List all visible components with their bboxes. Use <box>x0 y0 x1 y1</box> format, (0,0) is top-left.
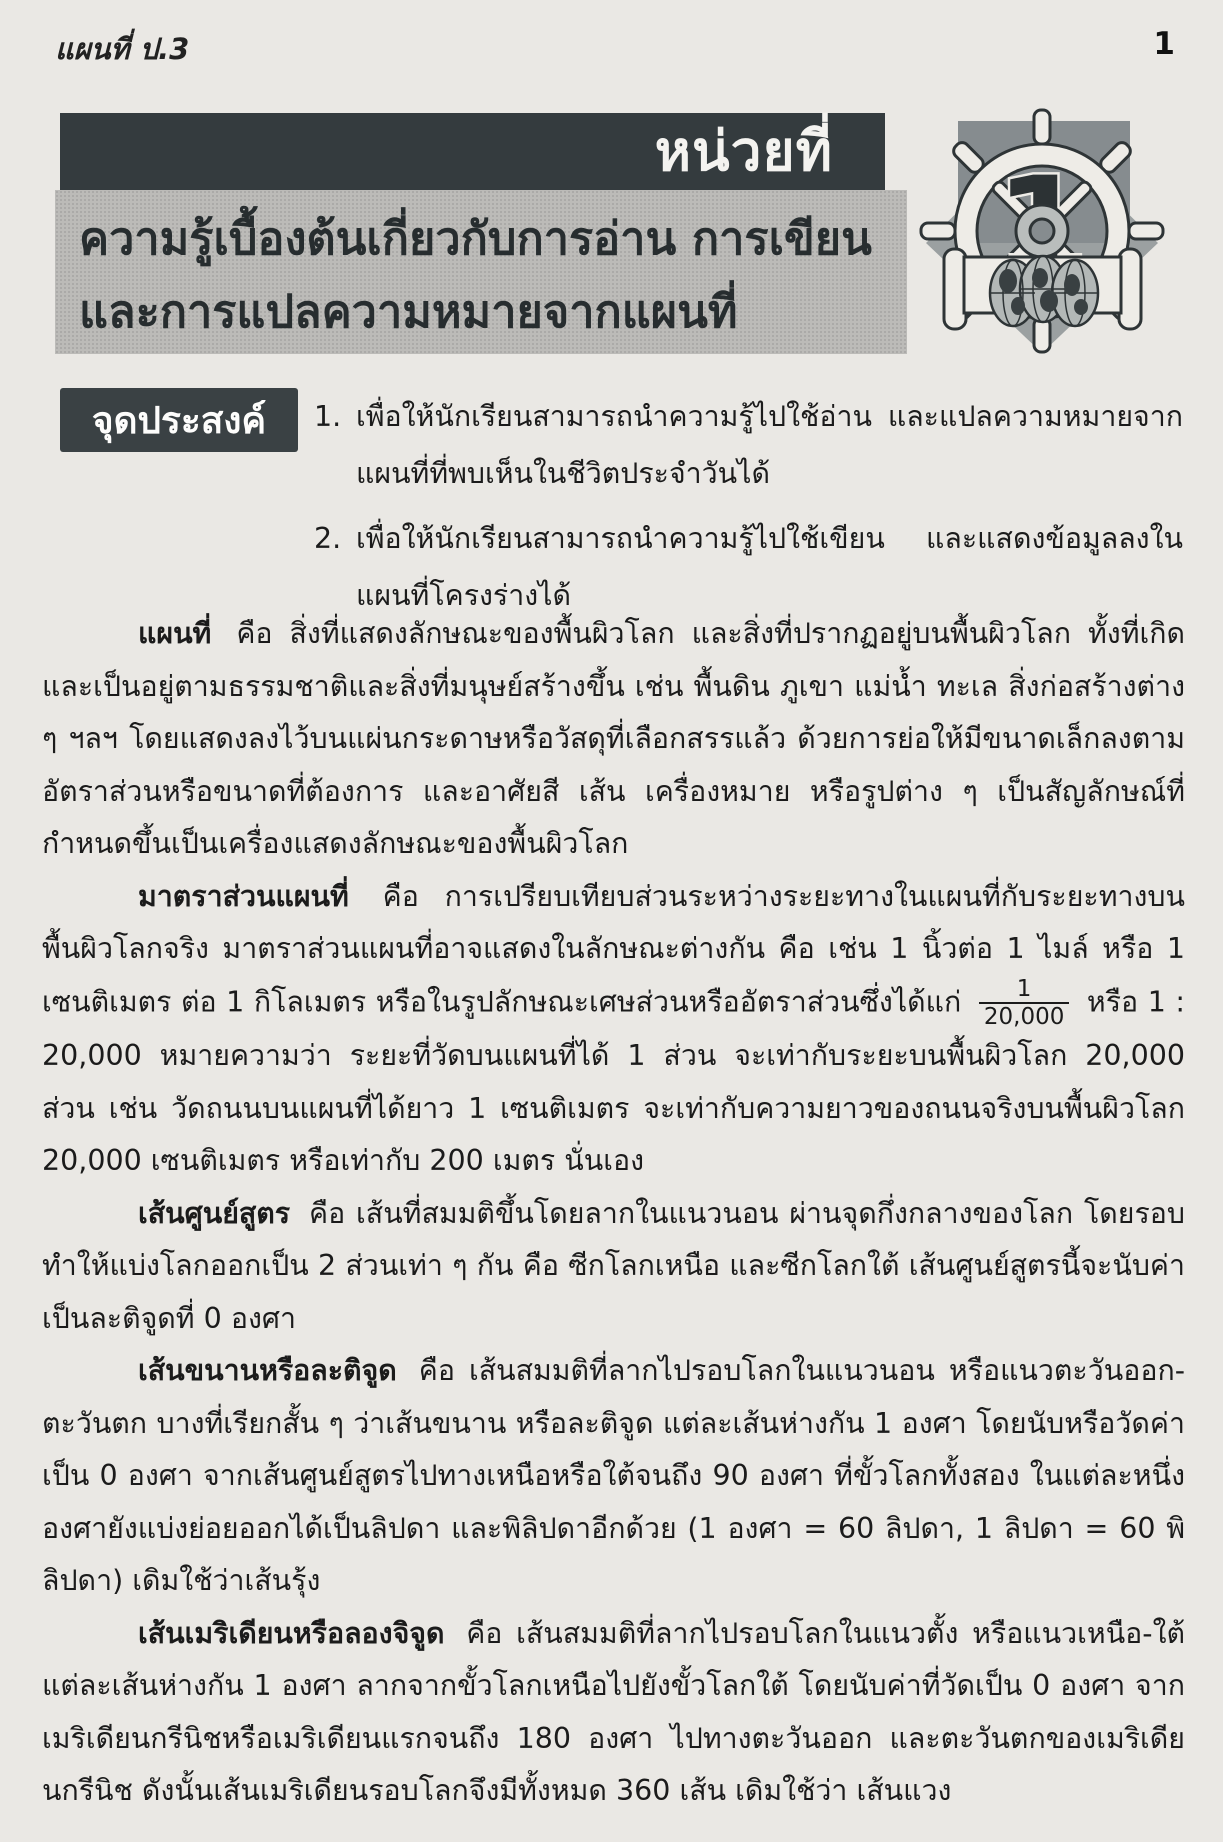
objectives-list: 1. เพื่อให้นักเรียนสามารถนำความรู้ไปใช้อ… <box>314 388 1183 624</box>
running-head: แผนที่ ป.3 1 <box>55 26 1175 72</box>
term-equator: เส้นศูนย์สูตร <box>138 1197 290 1230</box>
objective-text: เพื่อให้นักเรียนสามารถนำความรู้ไปใช้อ่าน… <box>356 388 1183 502</box>
ship-wheel-logo-icon: 1 <box>910 101 1175 356</box>
objective-text: เพื่อให้นักเรียนสามารถนำความรู้ไปใช้เขีย… <box>356 510 1183 624</box>
objectives-heading: จุดประสงค์ <box>92 391 266 450</box>
unit-title-line2: และการแปลความหมายจากแผนที่ <box>79 275 907 348</box>
term-map: แผนที่ <box>138 617 211 650</box>
map-scroll <box>944 249 1141 329</box>
unit-label-bar: หน่วยที่ <box>60 113 885 190</box>
unit-label: หน่วยที่ <box>655 108 833 195</box>
fraction-numerator: 1 <box>979 976 1069 1002</box>
term-map-scale: มาตราส่วนแผนที่ <box>138 880 349 913</box>
textbook-page: แผนที่ ป.3 1 หน่วยที่ ความรู้เบื้องต้นเก… <box>0 0 1223 1842</box>
paragraph-latitude: เส้นขนานหรือละติจูด คือ เส้นสมมติที่ลากไ… <box>42 1345 1185 1608</box>
paragraph-text: คือ เส้นสมมติที่ลากไปรอบโลกในแนวนอน หรือ… <box>42 1354 1185 1597</box>
page-number: 1 <box>1153 26 1175 62</box>
paragraph-longitude: เส้นเมริเดียนหรือลองจิจูด คือ เส้นสมมติท… <box>42 1608 1185 1818</box>
paragraph-text: คือ สิ่งที่แสดงลักษณะของพื้นผิวโลก และสิ… <box>42 617 1185 860</box>
objective-item: 2. เพื่อให้นักเรียนสามารถนำความรู้ไปใช้เ… <box>314 510 1183 624</box>
book-title: แผนที่ ป.3 <box>55 26 189 72</box>
objective-item: 1. เพื่อให้นักเรียนสามารถนำความรู้ไปใช้อ… <box>314 388 1183 502</box>
objectives-heading-box: จุดประสงค์ <box>60 388 298 452</box>
objective-number: 2. <box>314 510 356 624</box>
unit-title-line1: ความรู้เบื้องต้นเกี่ยวกับการอ่าน การเขีย… <box>79 202 907 275</box>
body-text: แผนที่ คือ สิ่งที่แสดงลักษณะของพื้นผิวโล… <box>42 608 1185 1818</box>
paragraph-map-definition: แผนที่ คือ สิ่งที่แสดงลักษณะของพื้นผิวโล… <box>42 608 1185 871</box>
objectives-section: จุดประสงค์ 1. เพื่อให้นักเรียนสามารถนำคว… <box>60 388 1183 624</box>
term-latitude: เส้นขนานหรือละติจูด <box>138 1354 397 1387</box>
scale-fraction: 1 20,000 <box>979 976 1069 1031</box>
unit-banner: หน่วยที่ ความรู้เบื้องต้นเกี่ยวกับการอ่า… <box>0 113 1223 385</box>
unit-title-bar: ความรู้เบื้องต้นเกี่ยวกับการอ่าน การเขีย… <box>55 190 907 354</box>
paragraph-equator: เส้นศูนย์สูตร คือ เส้นที่สมมติขึ้นโดยลาก… <box>42 1188 1185 1346</box>
term-longitude: เส้นเมริเดียนหรือลองจิจูด <box>138 1617 445 1650</box>
objective-number: 1. <box>314 388 356 502</box>
wheel-hub-hole <box>1030 219 1054 243</box>
fraction-denominator: 20,000 <box>979 1002 1069 1030</box>
paragraph-map-scale: มาตราส่วนแผนที่ คือ การเปรียบเทียบส่วนระ… <box>42 871 1185 1188</box>
